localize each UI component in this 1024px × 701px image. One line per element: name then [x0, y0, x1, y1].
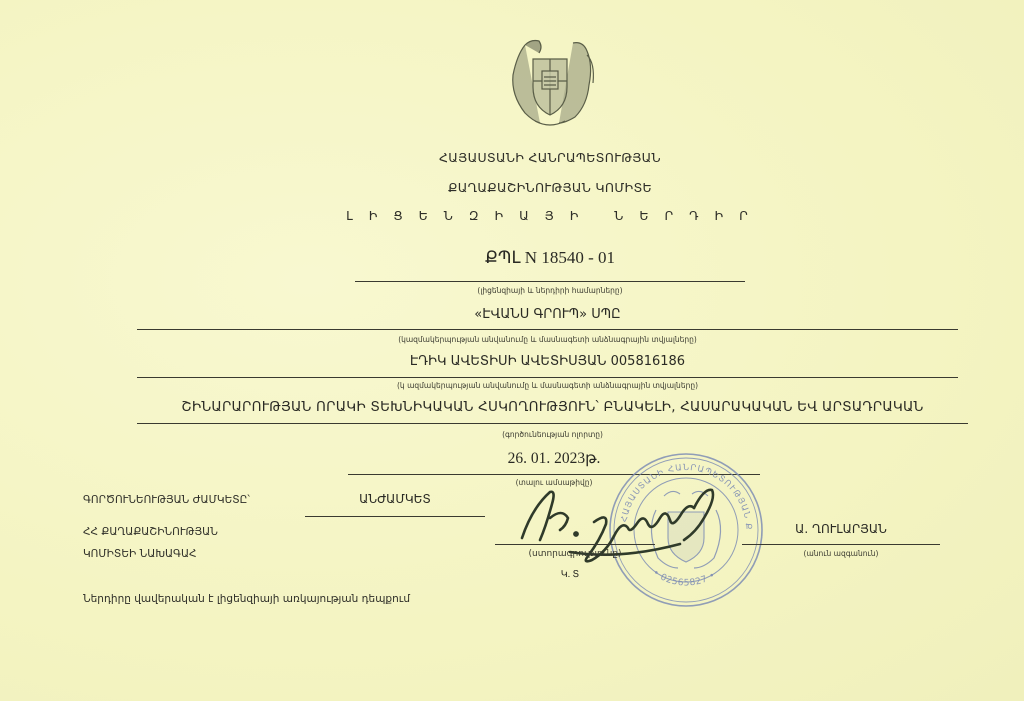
signatory-title-line2: ԿՈՄԻՏԵԻ ՆԱԽԱԳԱՀ [83, 548, 197, 560]
country-heading: ՀԱՅԱՍՏԱՆԻ ՀԱՆՐԱՊԵՏՈՒԹՅԱՆ [0, 150, 1024, 165]
specialist-caption: (կ ազմակերպության անվանումը և մասնագետի … [137, 381, 958, 390]
signatory-name: Ա. ՂՈՒԼԱՐՅԱՆ [742, 522, 940, 536]
organization-caption: (կազմակերպության անվանումը և մասնագետի ա… [137, 335, 958, 344]
coat-of-arms-icon [495, 25, 605, 135]
seal-label: Կ. Տ [540, 569, 600, 580]
signature-line [495, 544, 655, 545]
signature-caption: (ստորագրությունը) [495, 549, 655, 559]
license-number: ՔՊԼ N 18540 - 01 [355, 248, 745, 268]
document-title: Լ Ի Ց Ե Ն Զ Ի Ա Յ Ի Ն Ե Ր Դ Ի Ր [0, 208, 1024, 223]
svg-text:• 02565827 •: • 02565827 • [650, 568, 717, 589]
license-number-line [355, 281, 745, 282]
license-number-caption: (լիցենզիայի և ներդիրի համարները) [355, 286, 745, 295]
specialist-details: ԷԴԻԿ ԱՎԵՏԻՍԻ ԱՎԵՏԻՍՅԱՆ 005816186 [137, 354, 958, 369]
validity-label: ԳՈՐԾՈՒՆԵՈՒԹՅԱՆ ԺԱՄԿԵՏԸ՝ [83, 494, 250, 506]
organization-name: «ԷՎԱՆՍ ԳՐՈՒՊ» ՍՊԸ [137, 307, 958, 322]
activity-scope: ՇԻՆԱՐԱՐՈՒԹՅԱՆ ՈՐԱԿԻ ՏԵԽՆԻԿԱԿԱՆ ՀՍԿՈՂՈՒԹՅ… [137, 399, 968, 415]
activity-line [137, 423, 968, 424]
validity-note: Ներդիրը վավերական է լիցենզիայի առկայությ… [83, 593, 410, 605]
validity-line [305, 516, 485, 517]
committee-heading: ՔԱՂԱՔԱՇԻՆՈՒԹՅԱՆ ԿՈՄԻՏԵ [0, 180, 1024, 195]
signatory-name-line [742, 544, 940, 545]
organization-line [137, 329, 958, 330]
signatory-name-caption: (անուն ազգանուն) [742, 549, 940, 558]
specialist-line [137, 377, 958, 378]
validity-value: ԱՆԺԱՄԿԵՏ [305, 492, 485, 506]
activity-caption: (գործունեության ոլորտը) [137, 430, 968, 439]
signatory-title-line1: ՀՀ ՔԱՂԱՔԱՇԻՆՈՒԹՅԱՆ [83, 526, 218, 538]
